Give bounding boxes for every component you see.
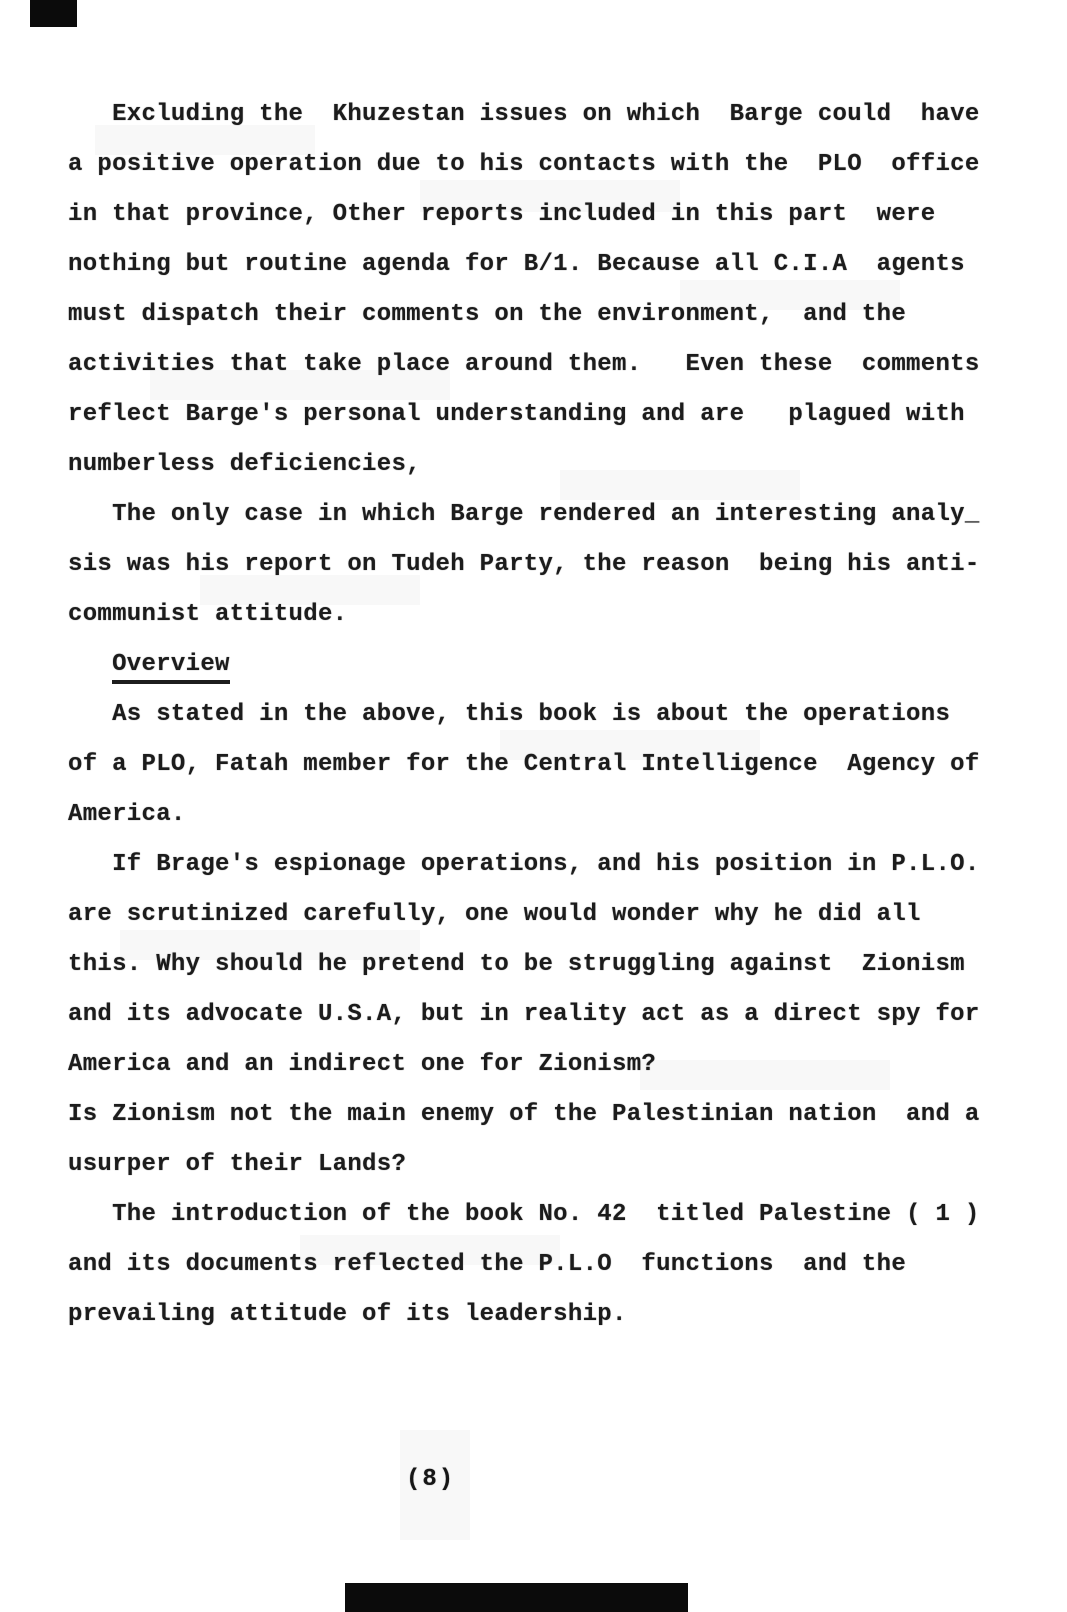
scanned-document-page: Excluding the Khuzestan issues on which … <box>0 0 1067 1612</box>
text-line: and its documents reflected the P.L.O fu… <box>68 1240 1028 1290</box>
text-line: America. <box>68 790 1028 840</box>
text-line: If Brage's espionage operations, and his… <box>68 840 1028 890</box>
text-line: The introduction of the book No. 42 titl… <box>68 1190 1028 1240</box>
text-line: The only case in which Barge rendered an… <box>68 490 1028 540</box>
text-line: prevailing attitude of its leadership. <box>68 1290 1028 1340</box>
scan-artifact-top-left <box>30 0 77 27</box>
text-line: Is Zionism not the main enemy of the Pal… <box>68 1090 1028 1140</box>
text-line: America and an indirect one for Zionism? <box>68 1040 1028 1090</box>
text-line: this. Why should he pretend to be strugg… <box>68 940 1028 990</box>
text-line: Excluding the Khuzestan issues on which … <box>68 90 1028 140</box>
text-line: a positive operation due to his contacts… <box>68 140 1028 190</box>
document-body: Excluding the Khuzestan issues on which … <box>68 90 1028 1340</box>
text-line: As stated in the above, this book is abo… <box>68 690 1028 740</box>
text-line: sis was his report on Tudeh Party, the r… <box>68 540 1028 590</box>
text-line: are scrutinized carefully, one would won… <box>68 890 1028 940</box>
page-number: (8) <box>406 1466 455 1493</box>
text-line: of a PLO, Fatah member for the Central I… <box>68 740 1028 790</box>
text-line: must dispatch their comments on the envi… <box>68 290 1028 340</box>
text-line: numberless deficiencies, <box>68 440 1028 490</box>
heading-underlined-text: Overview <box>112 651 230 684</box>
text-line: and its advocate U.S.A, but in reality a… <box>68 990 1028 1040</box>
text-line: nothing but routine agenda for B/1. Beca… <box>68 240 1028 290</box>
text-line: activities that take place around them. … <box>68 340 1028 390</box>
text-line: reflect Barge's personal understanding a… <box>68 390 1028 440</box>
text-line: communist attitude. <box>68 590 1028 640</box>
text-line: in that province, Other reports included… <box>68 190 1028 240</box>
text-line: usurper of their Lands? <box>68 1140 1028 1190</box>
scan-artifact-bottom-bar <box>345 1583 688 1612</box>
section-heading: Overview <box>68 640 1028 690</box>
